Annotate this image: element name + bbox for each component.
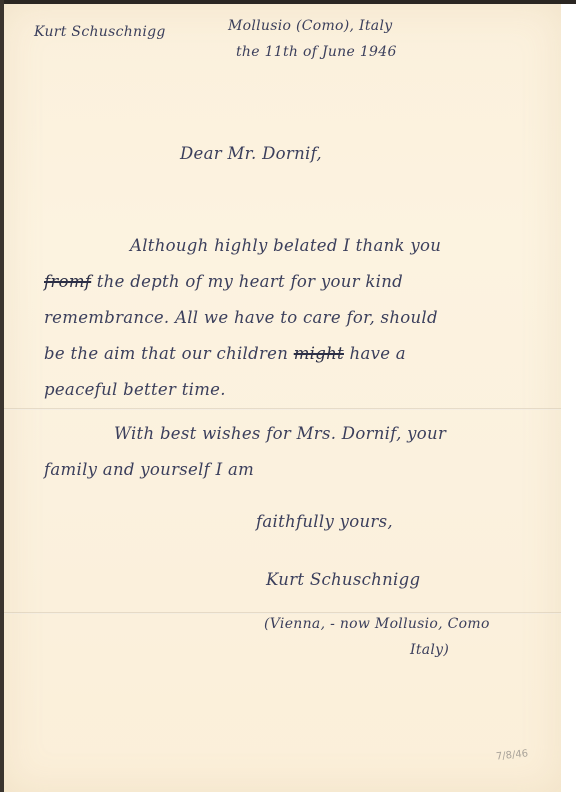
- letter-paper: Kurt Schuschnigg Mollusio (Como), Italy …: [4, 4, 561, 792]
- body-line-6: With best wishes for Mrs. Dornif, your: [114, 424, 446, 443]
- struck-word: fromf: [44, 272, 91, 291]
- struck-word: might: [294, 344, 344, 363]
- signature: Kurt Schuschnigg: [266, 570, 420, 589]
- fold-line-lower: [4, 612, 561, 614]
- body-line-4-end: have a: [350, 344, 406, 363]
- signature-note-line-1: (Vienna, - now Mollusio, Como: [264, 616, 490, 632]
- body-line-2-text: the depth of my heart for your kind: [97, 272, 403, 291]
- body-line-1: Although highly belated I thank you: [130, 236, 441, 255]
- sender-location: Mollusio (Como), Italy: [228, 18, 392, 34]
- body-line-5: peaceful better time.: [44, 380, 226, 399]
- salutation: Dear Mr. Dornif,: [180, 144, 322, 163]
- body-line-2: fromf the depth of my heart for your kin…: [44, 272, 403, 291]
- body-line-3: remembrance. All we have to care for, sh…: [44, 308, 438, 327]
- body-line-4: be the aim that our children might have …: [44, 344, 406, 363]
- letter-date: the 11th of June 1946: [236, 44, 397, 60]
- body-line-4-start: be the aim that our children: [44, 344, 288, 363]
- signature-note-line-2: Italy): [410, 642, 449, 658]
- fold-line-upper: [4, 408, 561, 410]
- pencil-annotation: 7/8/46: [496, 748, 529, 762]
- sender-name: Kurt Schuschnigg: [34, 24, 166, 40]
- body-line-7: family and yourself I am: [44, 460, 254, 479]
- closing: faithfully yours,: [256, 512, 393, 531]
